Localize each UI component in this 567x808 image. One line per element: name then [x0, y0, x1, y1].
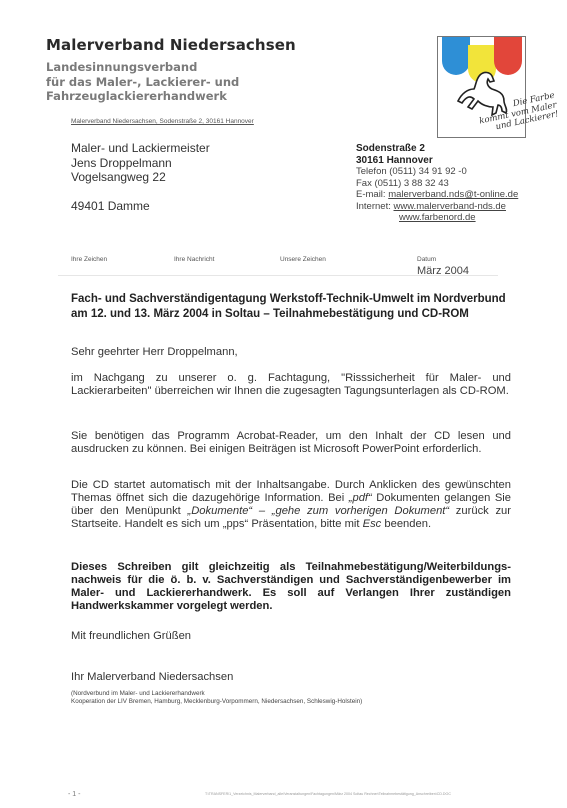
- recipient-city: 49401 Damme: [71, 199, 210, 214]
- sender-return-address: Malerverband Niedersachsen, Sodenstraße …: [71, 118, 254, 125]
- page-number: - 1 -: [68, 791, 80, 798]
- recipient-line: Maler- und Lackiermeister: [71, 141, 210, 156]
- recipient-line: Jens Droppelmann: [71, 156, 210, 171]
- contact-city: 30161 Hannover: [356, 155, 518, 167]
- organization-name: Malerverband Niedersachsen: [46, 36, 296, 54]
- recipient-address: Maler- und Lackiermeister Jens Droppelma…: [71, 141, 210, 213]
- recipient-line: Vogelsangweg 22: [71, 170, 210, 185]
- contact-block: Sodenstraße 2 30161 Hannover Telefon (05…: [356, 143, 518, 224]
- email-link[interactable]: malerverband.nds@t-online.de: [388, 189, 518, 200]
- signature-details: (Nordverbund im Maler- und Lackiererhand…: [71, 690, 362, 706]
- website-link[interactable]: www.malerverband-nds.de: [394, 201, 506, 212]
- text-run: beenden.: [381, 518, 431, 530]
- contact-email-row: E-mail: malerverband.nds@t-online.de: [356, 189, 518, 201]
- ref-datum-label: Datum: [417, 256, 436, 263]
- contact-phone: Telefon (0511) 34 91 92 -0: [356, 166, 518, 178]
- signature-line: Kooperation der LIV Bremen, Hamburg, Mec…: [71, 698, 362, 706]
- closing: Mit freundlichen Grüßen: [71, 630, 511, 643]
- subtitle-line: Fahrzeuglackiererhandwerk: [46, 89, 239, 104]
- ref-ihre-nachricht: Ihre Nachricht: [174, 256, 214, 263]
- italic-run: Esc: [363, 518, 382, 530]
- subject-line: Fach- und Sachverständigentagung Werksto…: [71, 292, 511, 322]
- subtitle-line: für das Maler-, Lackierer- und: [46, 75, 239, 90]
- confirmation-paragraph: Dieses Schreiben gilt gleichzeitig als T…: [71, 561, 511, 613]
- contact-internet-row-2: www.farbenord.de: [356, 212, 518, 224]
- contact-street: Sodenstraße 2: [356, 143, 518, 155]
- signature-line: (Nordverbund im Maler- und Lackiererhand…: [71, 690, 362, 698]
- paragraph: Die CD startet automatisch mit der Inhal…: [71, 479, 511, 531]
- contact-fax: Fax (0511) 3 88 32 43: [356, 178, 518, 190]
- paragraph: Sie benötigen das Programm Acrobat-Reade…: [71, 430, 511, 456]
- ref-unsere-zeichen: Unsere Zeichen: [280, 256, 326, 263]
- file-path: T:\TRANSFER\1_Verzeichnis_Malerverband_a…: [205, 792, 451, 796]
- italic-run: „pdf“: [349, 492, 372, 504]
- signature-name: Ihr Malerverband Niedersachsen: [71, 671, 511, 684]
- italic-run: „Dokumente“ – „gehe zum vorherigen Dokum…: [187, 505, 449, 517]
- salutation: Sehr geehrter Herr Droppelmann,: [71, 346, 511, 359]
- divider: [58, 275, 498, 276]
- paragraph: im Nachgang zu unserer o. g. Fachtagung,…: [71, 372, 511, 398]
- internet-label: Internet:: [356, 201, 394, 212]
- contact-internet-row: Internet: www.malerverband-nds.de: [356, 201, 518, 213]
- organization-subtitle: Landesinnungsverband für das Maler-, Lac…: [46, 60, 239, 104]
- subtitle-line: Landesinnungsverband: [46, 60, 239, 75]
- email-label: E-mail:: [356, 189, 388, 200]
- ref-ihre-zeichen: Ihre Zeichen: [71, 256, 107, 263]
- website-link[interactable]: www.farbenord.de: [399, 212, 476, 223]
